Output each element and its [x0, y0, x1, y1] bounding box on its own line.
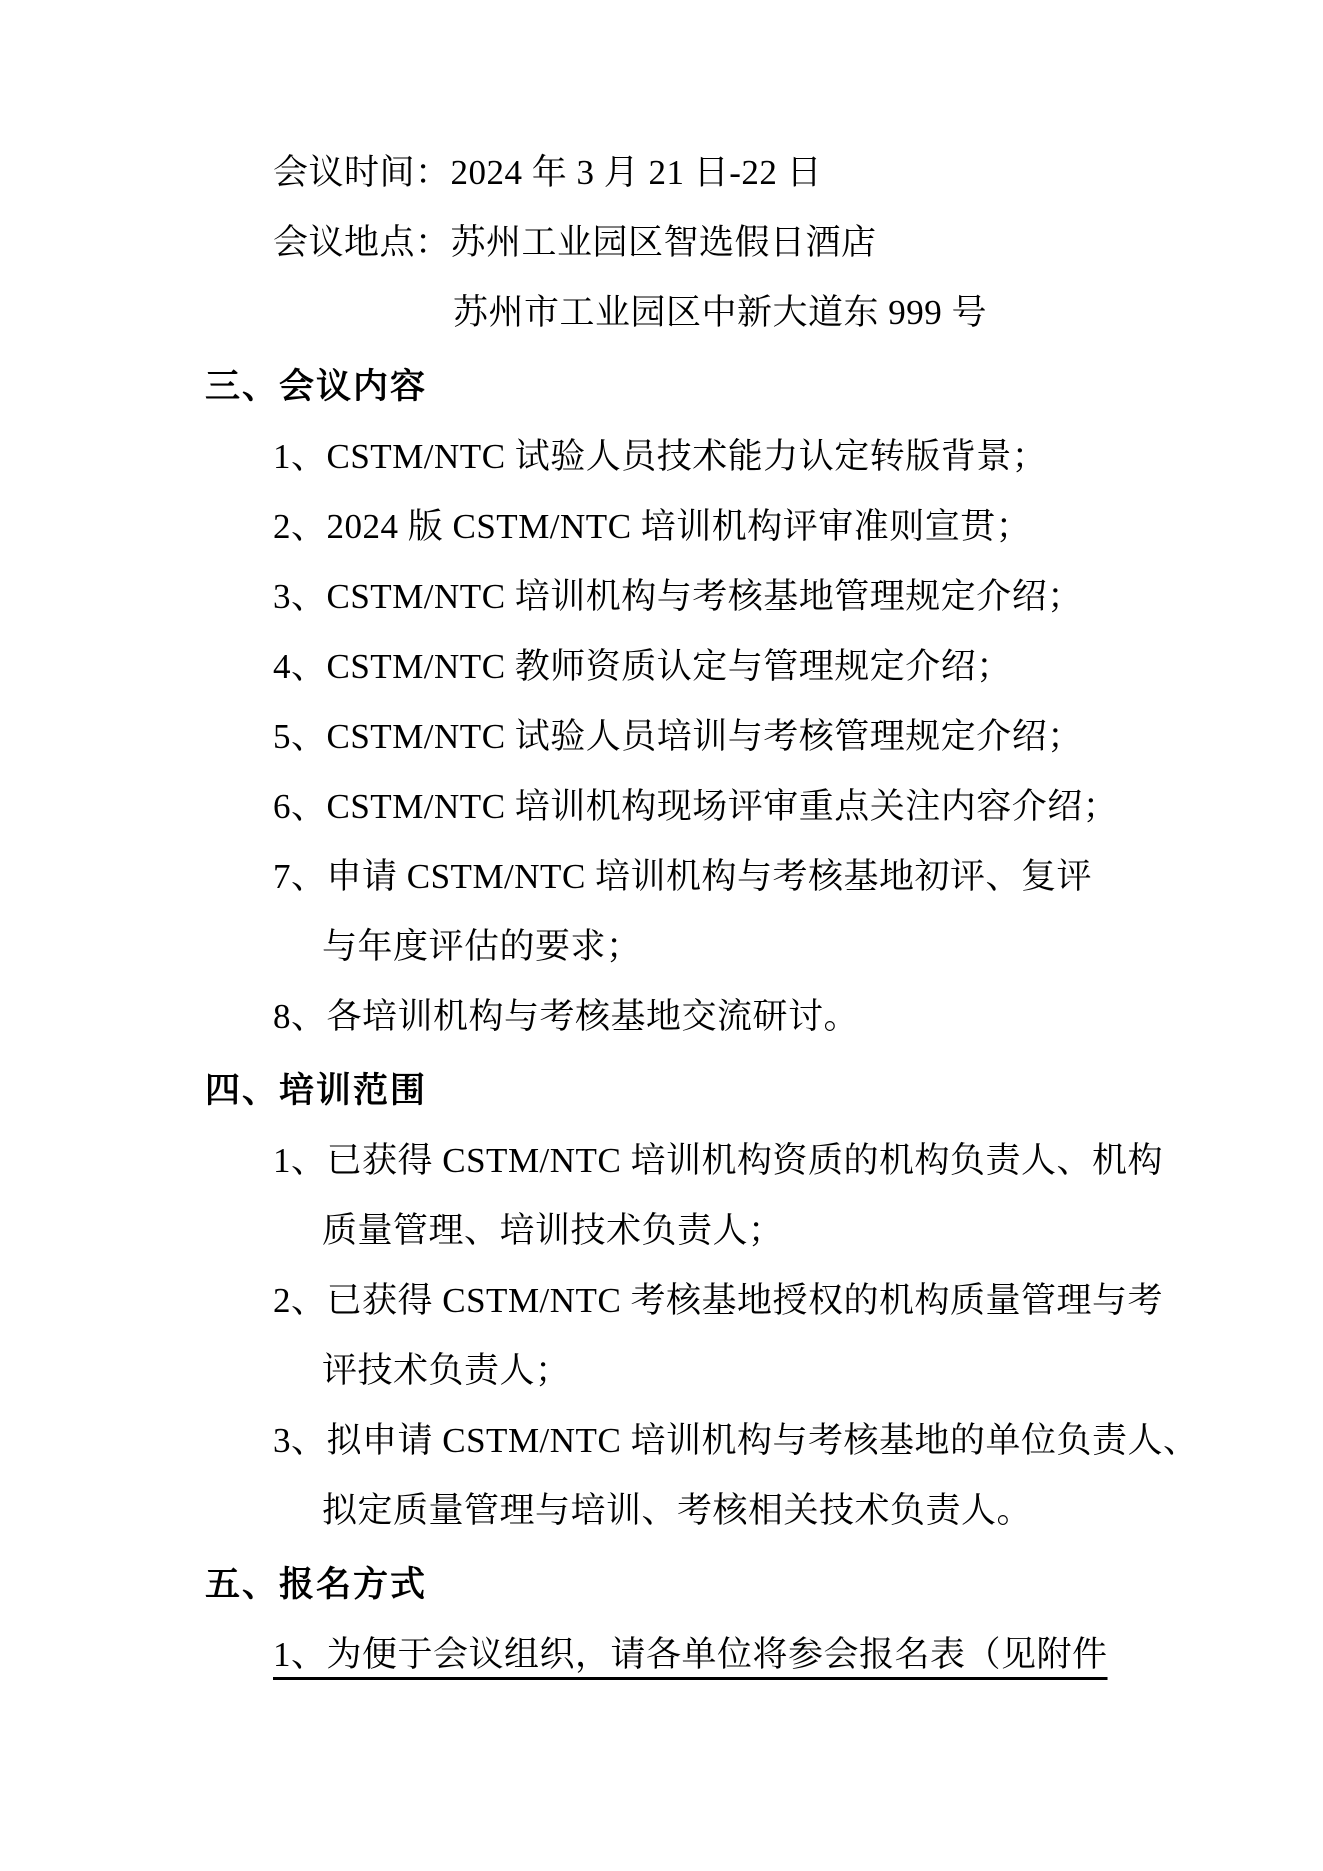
list-item: 2、2024 版 CSTM/NTC 培训机构评审准则宣贯； — [205, 492, 1173, 562]
document-page: 会议时间：2024 年 3 月 21 日-22 日 会议地点：苏州工业园区智选假… — [0, 0, 1323, 1871]
meeting-address-line: 苏州市工业园区中新大道东 999 号 — [205, 278, 1173, 348]
list-item-continuation: 拟定质量管理与培训、考核相关技术负责人。 — [205, 1476, 1173, 1546]
list-item: 1、CSTM/NTC 试验人员技术能力认定转版背景； — [205, 422, 1173, 492]
list-item-continuation: 与年度评估的要求； — [205, 912, 1173, 982]
list-item-continuation: 质量管理、培训技术负责人； — [205, 1196, 1173, 1266]
list-item: 6、CSTM/NTC 培训机构现场评审重点关注内容介绍； — [205, 772, 1173, 842]
section-heading-registration-method: 五、报名方式 — [205, 1550, 1173, 1620]
list-item: 4、CSTM/NTC 教师资质认定与管理规定介绍； — [205, 632, 1173, 702]
list-item: 2、已获得 CSTM/NTC 考核基地授权的机构质量管理与考 — [205, 1266, 1173, 1336]
list-item: 1、已获得 CSTM/NTC 培训机构资质的机构负责人、机构 — [205, 1126, 1173, 1196]
list-item-underlined: 1、为便于会议组织，请各单位将参会报名表（见附件 — [205, 1620, 1173, 1690]
meeting-location-line: 会议地点：苏州工业园区智选假日酒店 — [205, 208, 1173, 278]
list-item: 8、各培训机构与考核基地交流研讨。 — [205, 982, 1173, 1052]
list-item: 3、CSTM/NTC 培训机构与考核基地管理规定介绍； — [205, 562, 1173, 632]
list-item: 5、CSTM/NTC 试验人员培训与考核管理规定介绍； — [205, 702, 1173, 772]
list-item: 3、拟申请 CSTM/NTC 培训机构与考核基地的单位负责人、 — [205, 1406, 1173, 1476]
meeting-time-line: 会议时间：2024 年 3 月 21 日-22 日 — [205, 138, 1173, 208]
section-heading-training-scope: 四、培训范围 — [205, 1056, 1173, 1126]
list-item-continuation: 评技术负责人； — [205, 1336, 1173, 1406]
section-heading-meeting-content: 三、会议内容 — [205, 352, 1173, 422]
list-item: 7、申请 CSTM/NTC 培训机构与考核基地初评、复评 — [205, 842, 1173, 912]
